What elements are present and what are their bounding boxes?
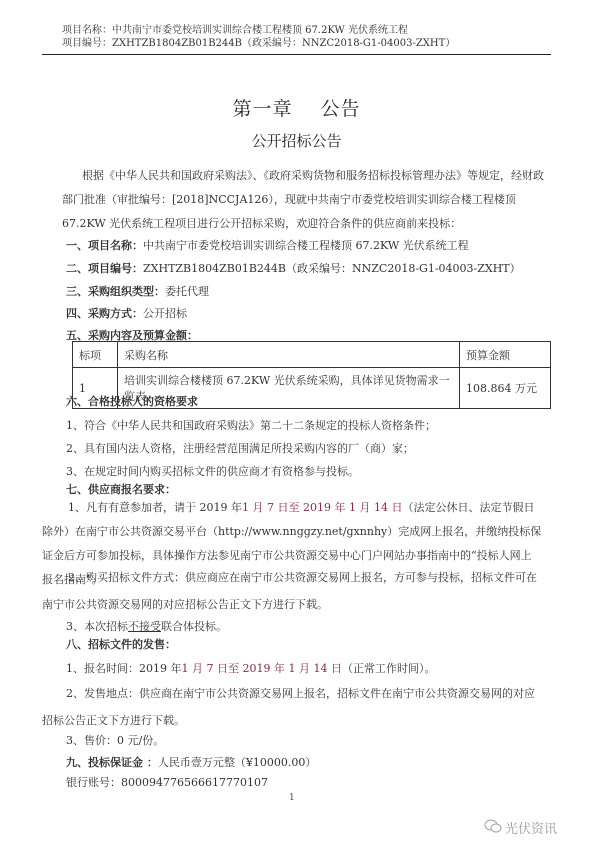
section-value: 公开招标: [143, 307, 187, 320]
qualification-item: 3、在规定时间内购买招标文件的供应商才有资格参与投标。: [66, 464, 359, 479]
section-value: ZXHTZB1804ZB01B244B（政采编号：NNZC2018-G1-040…: [143, 262, 521, 275]
document-header: 项目名称：中共南宁市委党校培训实训综合楼工程楼顶 67.2KW 光伏系统工程 项…: [62, 24, 455, 50]
sale-text: 1、报名时间：2019 年: [66, 662, 182, 675]
chapter-name: 公告: [321, 98, 361, 120]
underlined-text: 不接受: [128, 620, 161, 633]
header-divider: [42, 54, 551, 55]
section-value: 中共南宁市委党校培训实训综合楼工程楼顶 67.2KW 光伏系统工程: [143, 239, 469, 252]
registration-text: 1、凡有有意参加者，请于 2019 年: [68, 501, 242, 514]
section-method: 四、采购方式：公开招标: [66, 306, 187, 321]
qualification-item: 2、具有国内法人资格，注册经营范围满足所投采购内容的厂（商）家；: [66, 441, 414, 456]
watermark: 光伏资讯: [484, 818, 557, 837]
sale-title: 八、招标文件的发售：: [66, 637, 176, 652]
intro-paragraph: 根据《中华人民共和国政府采购法》、《政府采购货物和服务招标投标管理办法》等规定，…: [62, 164, 544, 236]
chapter-title: 第一章公告: [0, 94, 593, 121]
bank-account: 银行账号：800094776566617770107: [66, 775, 268, 790]
section-project-name: 一、项目名称：中共南宁市委党校培训实训综合楼工程楼顶 67.2KW 光伏系统工程: [66, 238, 469, 253]
header-project-number: 项目编号：ZXHTZB1804ZB01B244B（政采编号：NNZC2018-G…: [62, 37, 455, 50]
qualification-title: 六、合格投标人的资格要求: [66, 394, 198, 409]
sale-item-3: 3、售价：0 元/份。: [66, 733, 164, 748]
section-label: 三、采购组织类型：: [66, 285, 165, 298]
table-header-row: 标项 采购名称 预算金额: [73, 342, 551, 368]
wechat-icon: [484, 819, 502, 837]
sale-item-2: 2、发售地点：供应商在南宁市公共资源交易网上报名，招标文件在南宁市公共资源交易网…: [42, 680, 542, 734]
page-title: 公开招标公告: [0, 130, 593, 151]
registration-text: 3、本次招标: [66, 620, 128, 633]
table-cell: 108.864 万元: [460, 368, 551, 409]
table-header-cell: 标项: [73, 342, 118, 368]
registration-text: 2、购买招标文件方式：供应商应在南宁市公共资源交易网上报名，方可参与投标，招标文…: [42, 571, 537, 611]
intro-text: 根据《中华人民共和国政府采购法》、《政府采购货物和服务招标投标管理办法》等规定，…: [62, 169, 544, 230]
section-label: 四、采购方式：: [66, 307, 143, 320]
sale-text: （正常工作时间）。: [342, 662, 436, 675]
sale-text: 2、发售地点：供应商在南宁市公共资源交易网上报名，招标文件在南宁市公共资源交易网…: [42, 687, 535, 727]
deposit-line: 九、投标保证金 ：人民币壹万元整（¥10000.00）: [66, 755, 316, 770]
page-number: 1: [289, 793, 295, 803]
section-org-type: 三、采购组织类型：委托代理: [66, 284, 209, 299]
qualification-item: 1、符合《中华人民共和国政府采购法》第二十二条规定的投标人资格条件；: [66, 418, 436, 433]
section-project-number: 二、项目编号：ZXHTZB1804ZB01B244B（政采编号：NNZC2018…: [66, 261, 521, 276]
header-project-name: 项目名称：中共南宁市委党校培训实训综合楼工程楼顶 67.2KW 光伏系统工程: [62, 24, 455, 37]
deposit-value: 人民币壹万元整（¥10000.00）: [158, 756, 316, 769]
section-label: 一、项目名称：: [66, 239, 143, 252]
registration-date-range: 1 月 7 日至 2019 年 1 月 14 日: [242, 501, 402, 514]
table-header-cell: 采购名称: [118, 342, 460, 368]
sale-item-1: 1、报名时间：2019 年1 月 7 日至 2019 年 1 月 14 日（正常…: [66, 661, 435, 676]
section-label: 二、项目编号：: [66, 262, 143, 275]
deposit-label: 九、投标保证金 ：: [66, 756, 158, 769]
sale-date-range: 1 月 7 日至 2019 年 1 月 14 日: [182, 662, 342, 675]
registration-item-2: 2、购买招标文件方式：供应商应在南宁市公共资源交易网上报名，方可参与投标，招标文…: [42, 564, 542, 618]
registration-text: 联合体投标。: [161, 620, 227, 633]
section-value: 委托代理: [165, 285, 209, 298]
watermark-text: 光伏资讯: [505, 818, 557, 837]
chapter-number: 第一章: [232, 98, 292, 120]
registration-title: 七、供应商报名要求：: [66, 482, 176, 497]
table-header-cell: 预算金额: [460, 342, 551, 368]
registration-item-3: 3、本次招标不接受联合体投标。: [66, 619, 227, 634]
